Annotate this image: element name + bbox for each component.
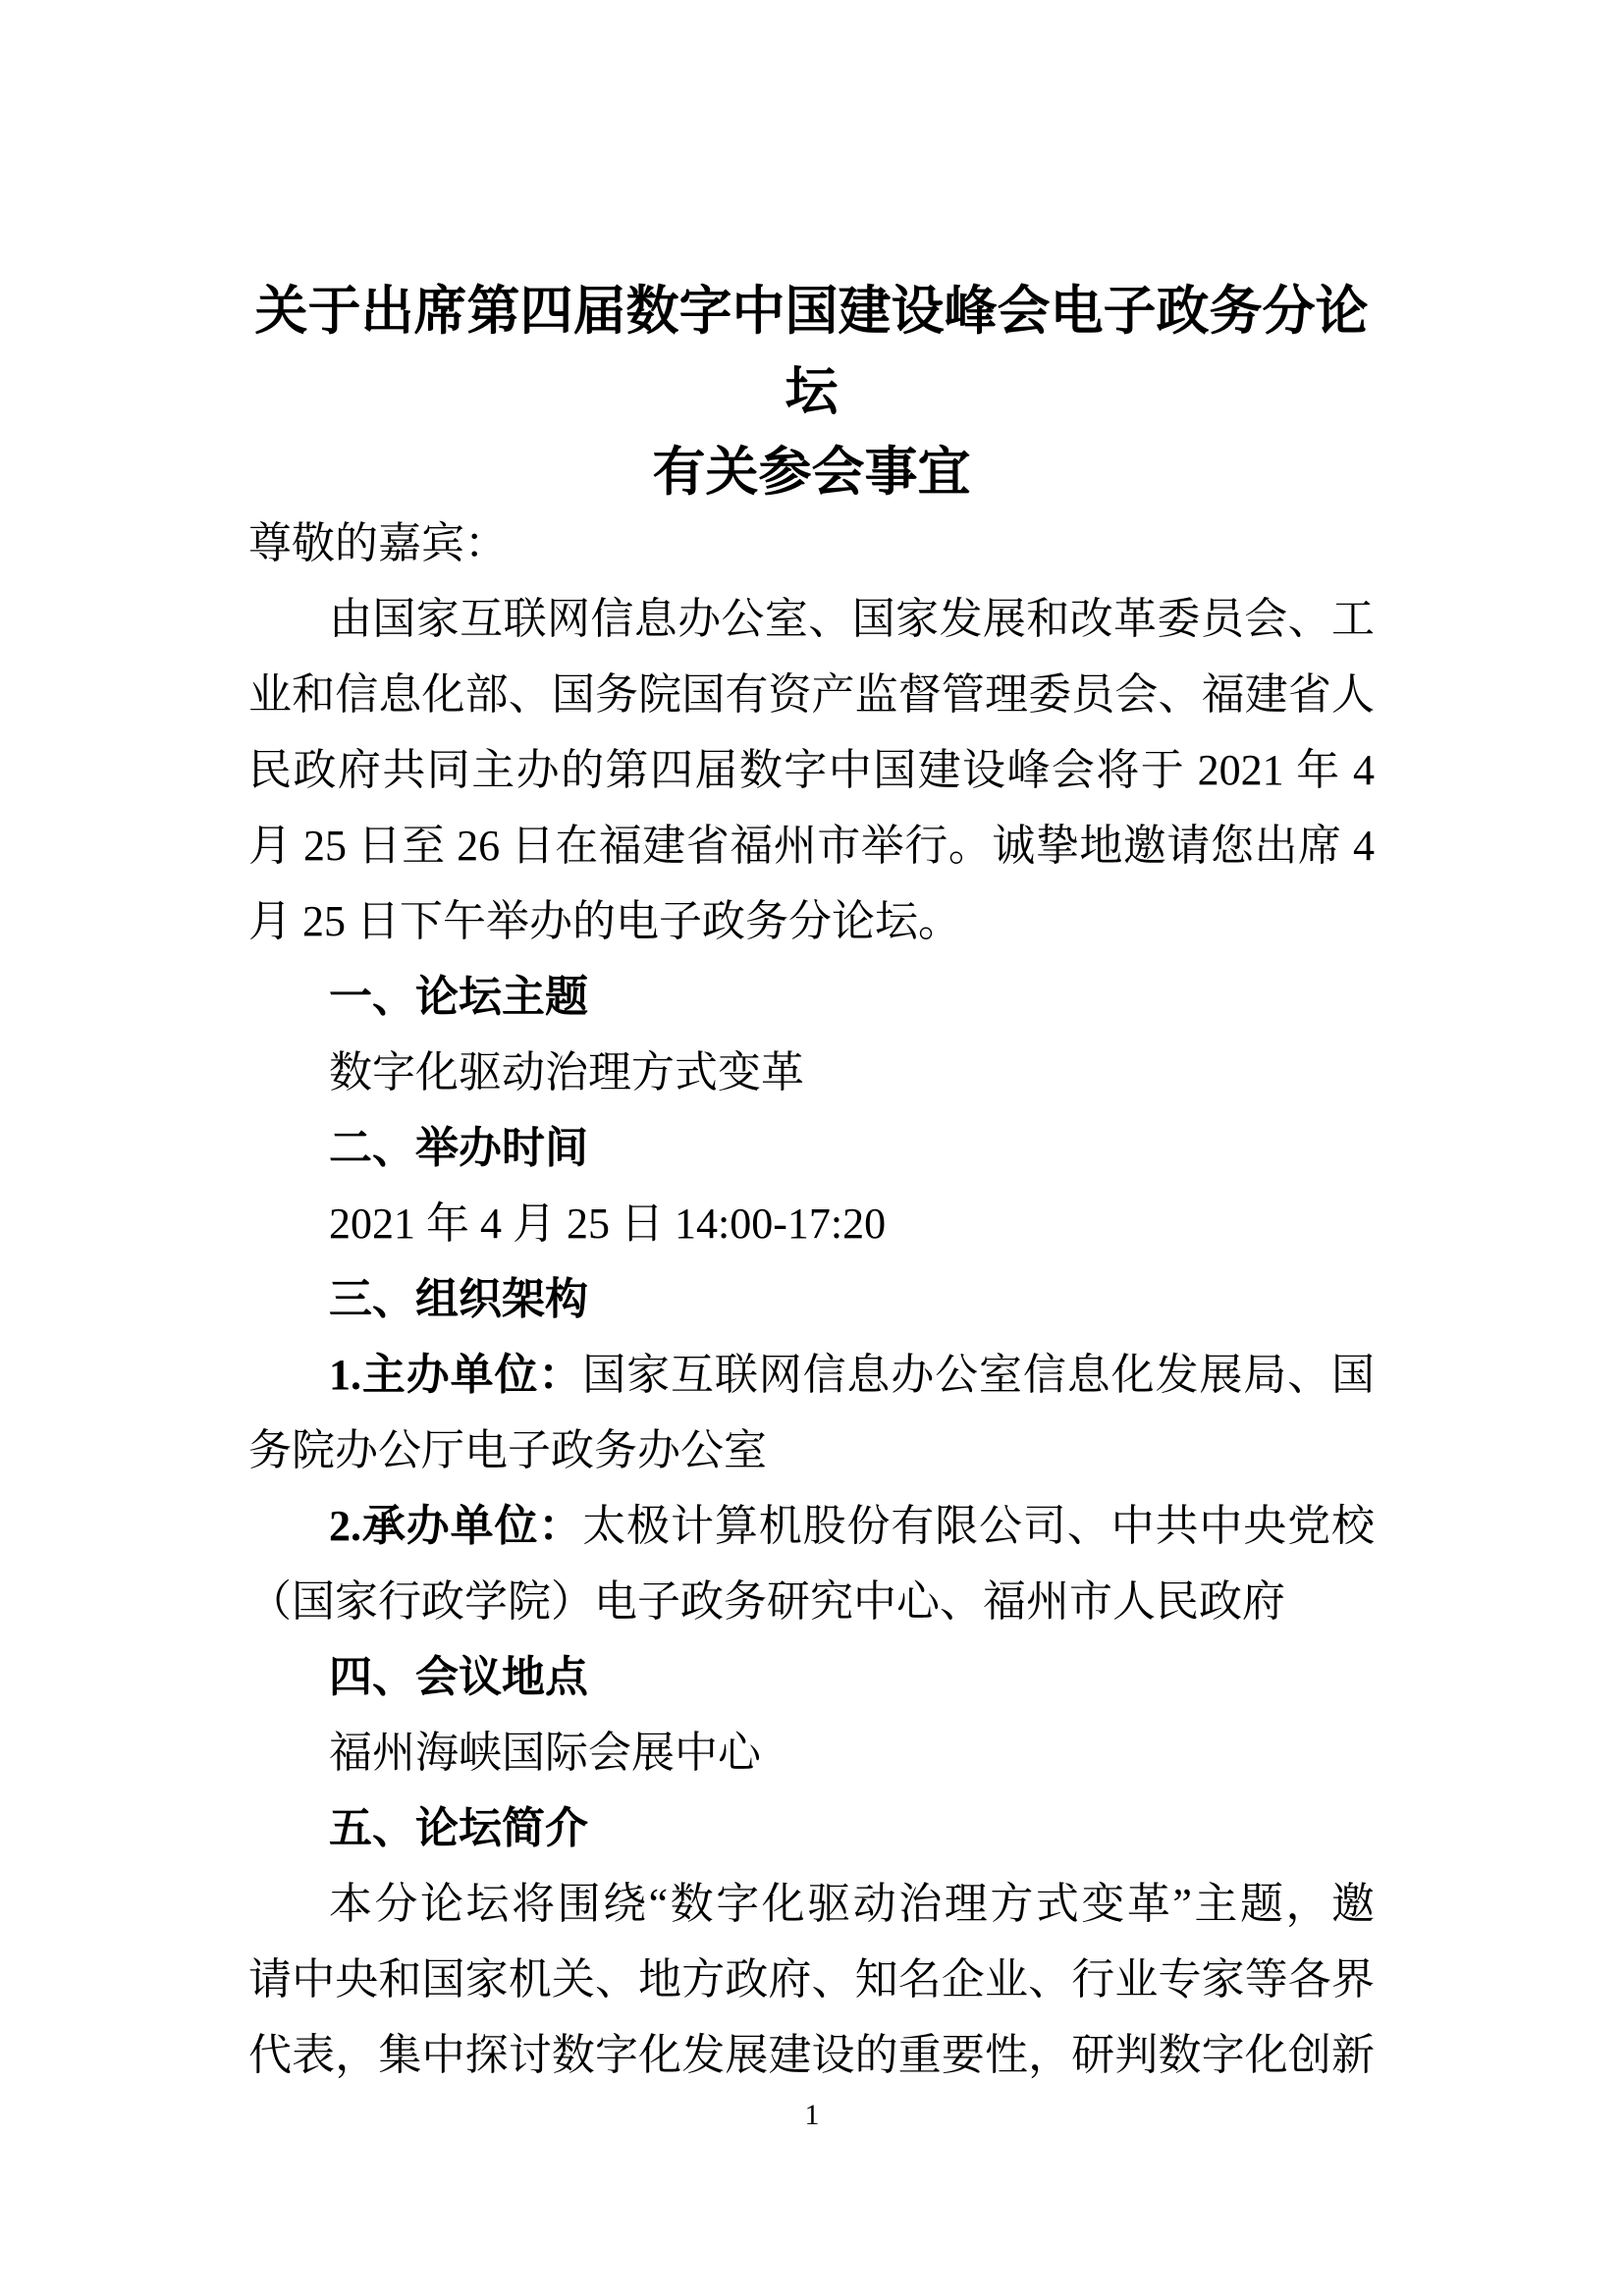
forum-intro-line: 请中央和国家机关、地方政府、知名企业、行业专家等各界 [248, 1942, 1375, 2017]
section-heading-forum-intro: 五、论坛简介 [248, 1790, 1375, 1866]
organizer-unit-line: 2.承办单位：太极计算机股份有限公司、中共中央党校 [248, 1488, 1375, 1564]
host-unit-line: 1.主办单位：国家互联网信息办公室信息化发展局、国 [248, 1337, 1375, 1413]
intro-line: 月 25 日至 26 日在福建省福州市举行。诚挚地邀请您出席 4 [248, 808, 1375, 883]
salutation: 尊敬的嘉宾： [248, 506, 1375, 581]
forum-theme-text: 数字化驱动治理方式变革 [248, 1035, 1375, 1110]
page-number: 1 [0, 2099, 1624, 2132]
forum-intro-line: 本分论坛将围绕“数字化驱动治理方式变革”主题，邀 [248, 1866, 1375, 1942]
intro-line: 民政府共同主办的第四届数字中国建设峰会将于 2021 年 4 [248, 732, 1375, 808]
forum-intro-line: 代表，集中探讨数字化发展建设的重要性，研判数字化创新 [248, 2017, 1375, 2093]
organizer-unit-text: 太极计算机股份有限公司、中共中央党校 [582, 1502, 1375, 1550]
intro-line: 月 25 日下午举办的电子政务分论坛。 [248, 883, 1375, 959]
section-heading-event-time: 二、举办时间 [248, 1110, 1375, 1186]
host-unit-text: 国家互联网信息办公室信息化发展局、国 [582, 1351, 1375, 1399]
section-heading-organization: 三、组织架构 [248, 1261, 1375, 1337]
title-line-1: 关于出席第四届数字中国建设峰会电子政务分论坛 [248, 271, 1375, 432]
organizer-unit-line: （国家行政学院）电子政务研究中心、福州市人民政府 [248, 1564, 1375, 1639]
event-time-text: 2021 年 4 月 25 日 14:00-17:20 [248, 1186, 1375, 1261]
organizer-unit-label: 2.承办单位： [329, 1502, 582, 1550]
intro-line: 业和信息化部、国务院国有资产监督管理委员会、福建省人 [248, 657, 1375, 732]
intro-line: 由国家互联网信息办公室、国家发展和改革委员会、工 [248, 581, 1375, 657]
document-body: 尊敬的嘉宾： 由国家互联网信息办公室、国家发展和改革委员会、工 业和信息化部、国… [248, 506, 1375, 2093]
section-heading-forum-theme: 一、论坛主题 [248, 959, 1375, 1035]
host-unit-line: 务院办公厅电子政务办公室 [248, 1413, 1375, 1488]
venue-text: 福州海峡国际会展中心 [248, 1715, 1375, 1790]
section-heading-venue: 四、会议地点 [248, 1639, 1375, 1715]
document-title: 关于出席第四届数字中国建设峰会电子政务分论坛 有关参会事宜 [248, 271, 1375, 512]
title-line-2: 有关参会事宜 [248, 432, 1375, 512]
host-unit-label: 1.主办单位： [329, 1351, 582, 1399]
document-page: 关于出席第四届数字中国建设峰会电子政务分论坛 有关参会事宜 尊敬的嘉宾： 由国家… [0, 0, 1624, 2296]
